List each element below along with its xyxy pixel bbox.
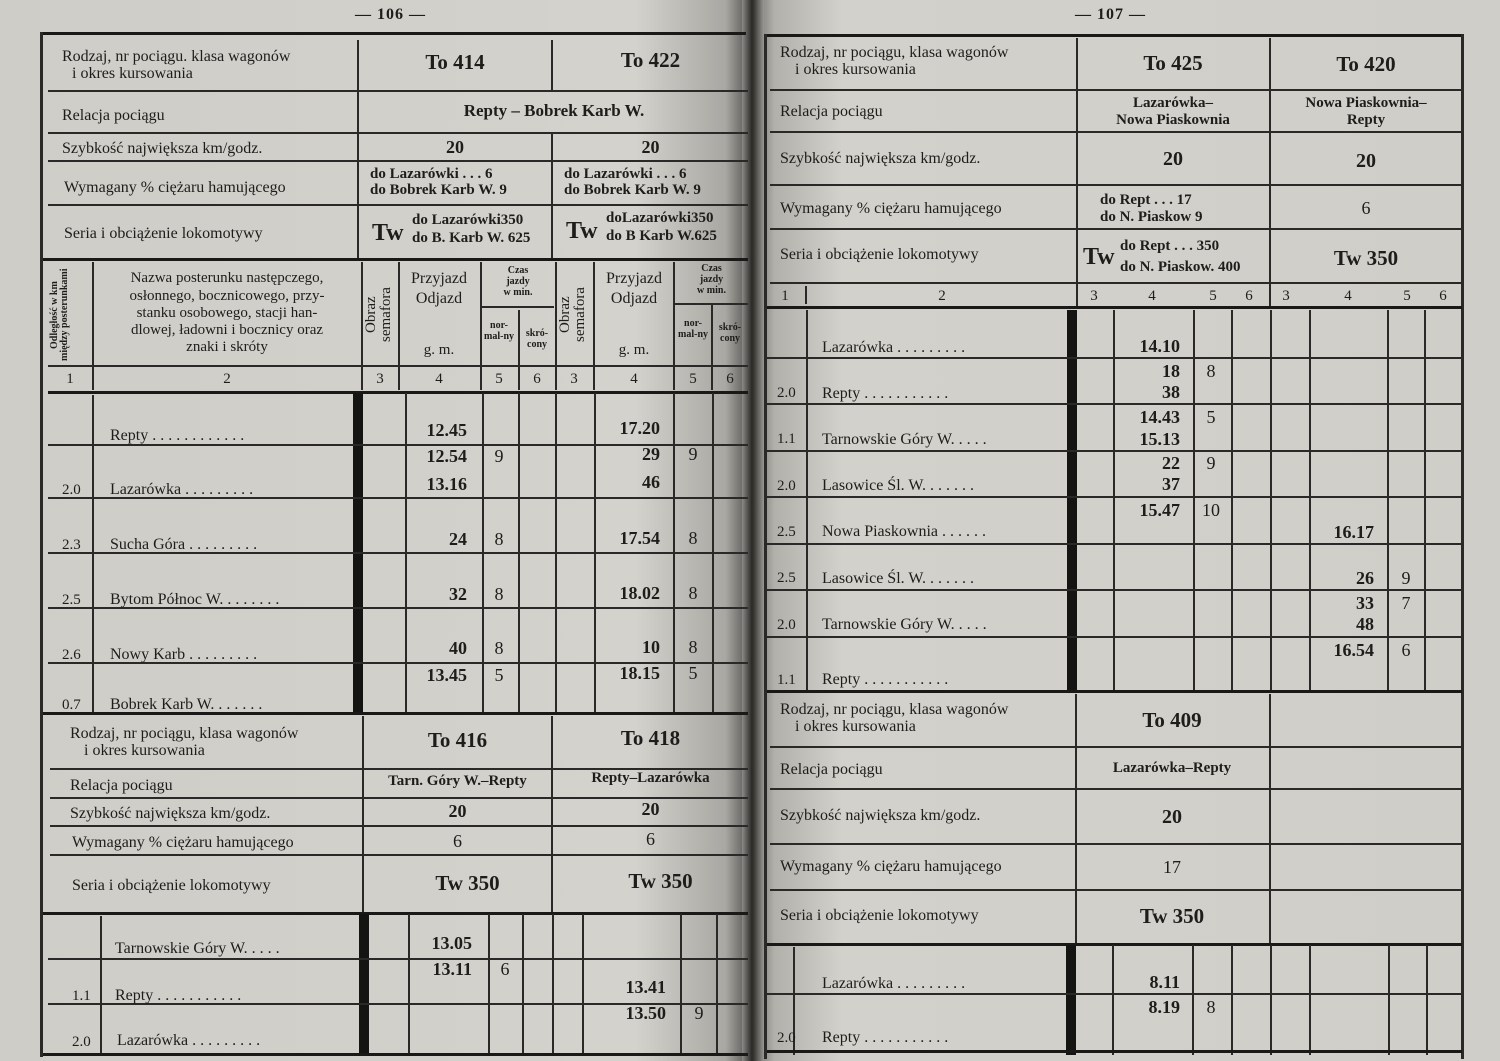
- km-r-nowa-piaskownia: 2.5: [777, 524, 796, 541]
- km-bytom: 2.5: [62, 592, 81, 609]
- min-425-r1: 8: [1200, 361, 1222, 382]
- time-416-r0-b: 13.11: [410, 959, 472, 980]
- train-name-414: To 414: [360, 50, 550, 75]
- time-422-r0-a: 17.20: [598, 418, 660, 439]
- brake-422-1: do Lazarówki . . . 6: [564, 166, 687, 183]
- speed-409: 20: [1077, 806, 1267, 829]
- loco-414-2: do B. Karb W. 625: [412, 230, 530, 247]
- time-425-r1-a: 18: [1118, 361, 1180, 382]
- km-sucha-gora: 2.3: [62, 537, 81, 554]
- loco-425-2: do N. Piaskow. 400: [1120, 259, 1240, 276]
- brake-414-2: do Bobrek Karb W. 9: [370, 182, 507, 199]
- min-422-r4-b: 5: [682, 663, 704, 684]
- min-422-r0: 9: [682, 444, 704, 465]
- speed-418: 20: [553, 799, 748, 820]
- min-422-r2: 8: [682, 528, 704, 549]
- colhead-semaphore: Obraz semafora: [364, 268, 396, 362]
- train-name-425: To 425: [1078, 51, 1268, 76]
- label-train-type-rb2: i okres kursowania: [795, 718, 916, 735]
- label-loco-r: Seria i obciążenie lokomotywy: [780, 246, 979, 263]
- label-relation-b: Relacja pociągu: [70, 777, 173, 794]
- colnum-r1: 1: [778, 288, 792, 305]
- train-name-409: To 409: [1077, 708, 1267, 733]
- time-422-r1: 46: [598, 472, 660, 493]
- station-r-tarnowskie-2: Tarnowskie Góry W. . . . .: [822, 616, 987, 634]
- colnum-2: 2: [96, 371, 358, 388]
- label-train-type-rb: Rodzaj, nr pociągu, klasa wagonów: [780, 701, 1008, 718]
- colnum-3: 3: [364, 371, 396, 388]
- colhead-time-2b: jazdy: [675, 274, 748, 285]
- time-414-r4-b: 13.45: [405, 665, 467, 686]
- km-r-repty-2: 1.1: [777, 672, 796, 689]
- relation-420-2: Repty: [1271, 112, 1461, 129]
- colhead-distance: Odległość w km między posterunkami: [50, 266, 88, 364]
- colhead-normal: nor-mal-ny: [482, 320, 516, 342]
- time-414-r0-b: 12.54: [405, 446, 467, 467]
- station-r-lasowice-2: Lasowice Śl. W. . . . . . .: [822, 570, 974, 588]
- colnum-5: 5: [482, 371, 516, 388]
- colhead-station-3: stanku osobowego, stacji han-: [96, 305, 358, 322]
- relation-409: Lazarówka–Repty: [1077, 760, 1267, 777]
- colnum-5b: 5: [675, 371, 711, 388]
- loco-416: Tw 350: [365, 871, 570, 896]
- station-r-lasowice: Lasowice Śl. W. . . . . . .: [822, 477, 974, 495]
- time-422-r4-a: 10: [598, 637, 660, 658]
- relation-425-2: Nowa Piaskownia: [1078, 112, 1268, 129]
- time-425-r2-a: 14.43: [1118, 407, 1180, 428]
- min-418-r1: 9: [688, 1003, 710, 1024]
- label-relation: Relacja pociągu: [62, 107, 165, 124]
- label-relation-r: Relacja pociągu: [780, 103, 883, 120]
- station-bytom: Bytom Północ W. . . . . . . .: [110, 591, 279, 609]
- colhead-time-1b: Czas: [675, 263, 748, 274]
- time-416-r0-a: 13.05: [410, 933, 472, 954]
- station-r-nowa-piaskownia: Nowa Piaskownia . . . . . .: [822, 523, 986, 541]
- colhead-dep: Odjazd: [400, 290, 478, 307]
- colhead-gm: g. m.: [400, 342, 478, 359]
- label-max-speed-r: Szybkość największa km/godz.: [780, 150, 980, 167]
- colnum-6b: 6: [713, 371, 747, 388]
- label-max-speed-rb: Szybkość największa km/godz.: [780, 807, 980, 824]
- train-name-422: To 422: [553, 48, 748, 73]
- time-425-r0: 14.10: [1118, 336, 1180, 357]
- colhead-station-1: Nazwa posterunku następczego,: [96, 270, 358, 287]
- relation-425-1: Lazarówka–: [1078, 95, 1268, 112]
- label-train-type: Rodzaj, nr pociągu. klasa wagonów: [62, 48, 290, 65]
- colnum-r5: 5: [1200, 288, 1226, 305]
- time-422-r3: 18.02: [598, 583, 660, 604]
- station-lazarowka: Lazarówka . . . . . . . . .: [110, 481, 253, 499]
- colhead-short: skró-cony: [520, 328, 554, 350]
- brake-422-2: do Bobrek Karb W. 9: [564, 182, 701, 199]
- brake-418: 6: [553, 829, 748, 850]
- colnum-r6: 6: [1236, 288, 1262, 305]
- min-414-r0: 9: [488, 446, 510, 467]
- relation-416: Tarn. Góry W.–Repty: [365, 773, 550, 790]
- colnum-r3b: 3: [1276, 288, 1296, 305]
- time-422-r0-b: 29: [598, 444, 660, 465]
- colhead-semaphore-2: Obraz semafora: [558, 268, 590, 362]
- colhead-station-5: znaki i skróty: [96, 339, 358, 356]
- time-414-r2: 24: [405, 529, 467, 550]
- label-loco-rb: Seria i obciążenie lokomotywy: [780, 907, 979, 924]
- min-422-r4-a: 8: [682, 637, 704, 658]
- train-name-416: To 416: [365, 728, 550, 753]
- label-loco-b: Seria i obciążenie lokomotywy: [72, 877, 271, 894]
- time-425-r3-b: 37: [1118, 474, 1180, 495]
- train-name-420: To 420: [1271, 52, 1461, 77]
- loco-420: Tw 350: [1271, 246, 1461, 271]
- time-418-r1-b: 13.50: [600, 1003, 666, 1024]
- colnum-4b: 4: [595, 371, 673, 388]
- colnum-6: 6: [520, 371, 554, 388]
- min-422-r3: 8: [682, 583, 704, 604]
- brake-409: 17: [1077, 857, 1267, 878]
- time-422-r4-b: 18.15: [598, 663, 660, 684]
- colhead-arr: Przyjazd: [400, 270, 478, 287]
- colhead-arr-2: Przyjazd: [595, 270, 673, 287]
- time-425-r3-a: 22: [1118, 453, 1180, 474]
- colhead-gm-2: g. m.: [595, 342, 673, 359]
- colnum-r4: 4: [1110, 288, 1194, 305]
- colhead-normal-2: nor-mal-ny: [675, 318, 711, 340]
- label-train-type-r: Rodzaj, nr pociągu, klasa wagonów: [780, 44, 1008, 61]
- brake-420: 6: [1271, 198, 1461, 219]
- loco-422-1: doLazarówki350: [606, 210, 714, 227]
- colhead-dep-2: Odjazd: [595, 290, 673, 307]
- km-lazarowka-b: 2.0: [72, 1034, 91, 1051]
- speed-425: 20: [1078, 148, 1268, 171]
- brake-425-2: do N. Piaskow 9: [1100, 209, 1203, 226]
- label-max-speed-b: Szybkość największa km/godz.: [70, 805, 270, 822]
- colhead-short-2: skró-cony: [713, 322, 747, 344]
- brake-425-1: do Rept . . . 17: [1100, 192, 1192, 209]
- station-rb-lazarowka: Lazarówka . . . . . . . . .: [822, 975, 965, 993]
- station-repty-b: Repty . . . . . . . . . . .: [115, 987, 241, 1005]
- label-brake-r: Wymagany % ciężaru hamującego: [780, 200, 1002, 217]
- km-nowy-karb: 2.6: [62, 647, 81, 664]
- relation-418: Repty–Lazarówka: [553, 770, 748, 787]
- time-420-r7: 16.54: [1312, 640, 1374, 661]
- time-409-r0-a: 8.11: [1118, 972, 1180, 993]
- km-r-lasowice: 2.0: [777, 478, 796, 495]
- relation-value: Repty – Bobrek Karb W.: [360, 101, 748, 121]
- station-r-tarnowskie: Tarnowskie Góry W. . . . .: [822, 431, 987, 449]
- colhead-station-2: osłonnego, bocznicowego, przy-: [96, 288, 358, 305]
- colhead-time-1: Czas: [482, 265, 554, 276]
- time-420-r4: 16.17: [1312, 522, 1374, 543]
- loco-409: Tw 350: [1077, 904, 1267, 929]
- min-425-r2: 5: [1200, 407, 1222, 428]
- min-414-r2: 8: [488, 529, 510, 550]
- min-425-r4: 10: [1198, 500, 1224, 521]
- loco-prefix-422: Tw: [566, 218, 598, 245]
- km-r-repty: 2.0: [777, 385, 796, 402]
- station-lazarowka-b: Lazarówka . . . . . . . . .: [117, 1032, 260, 1050]
- station-r-repty-2: Repty . . . . . . . . . . .: [822, 671, 948, 689]
- station-tarnowskie-b: Tarnowskie Góry W. . . . .: [115, 940, 280, 958]
- km-rb-repty: 2.0: [777, 1030, 796, 1047]
- colnum-r5b: 5: [1394, 288, 1420, 305]
- colnum-1: 1: [50, 371, 90, 388]
- label-max-speed: Szybkość największa km/godz.: [62, 140, 262, 157]
- time-420-r6-a: 33: [1312, 593, 1374, 614]
- label-train-type-r2: i okres kursowania: [795, 61, 916, 78]
- label-loco: Seria i obciążenie lokomotywy: [64, 225, 263, 242]
- train-name-418: To 418: [553, 726, 748, 751]
- loco-418: Tw 350: [553, 869, 768, 894]
- speed-416: 20: [365, 801, 550, 822]
- label-brake-b: Wymagany % ciężaru hamującego: [72, 834, 294, 851]
- time-418-r1-a: 13.41: [600, 977, 666, 998]
- station-r-lazarowka: Lazarówka . . . . . . . . .: [822, 339, 965, 357]
- min-416-r0: 6: [494, 959, 516, 980]
- colnum-r6b: 6: [1430, 288, 1456, 305]
- colhead-time-3: w min.: [482, 287, 554, 298]
- speed-422: 20: [553, 137, 748, 158]
- time-414-r0-a: 12.45: [405, 420, 467, 441]
- colhead-time-2: jazdy: [482, 276, 554, 287]
- loco-422-2: do B Karb W.625: [606, 228, 717, 245]
- km-repty-b: 1.1: [72, 988, 91, 1005]
- label-brake-rb: Wymagany % ciężaru hamującego: [780, 858, 1002, 875]
- time-414-r1: 13.16: [405, 474, 467, 495]
- colhead-station-4: dlowej, ładowni i bocznicy oraz: [96, 322, 358, 339]
- min-414-r3: 8: [488, 584, 510, 605]
- km-r-lasowice-2: 2.5: [777, 570, 796, 587]
- time-420-r5: 26: [1312, 568, 1374, 589]
- km-lazarowka: 2.0: [62, 482, 81, 499]
- min-420-r6: 7: [1395, 593, 1417, 614]
- km-r-tarnowskie-2: 2.0: [777, 617, 796, 634]
- time-414-r3: 32: [405, 584, 467, 605]
- brake-414-1: do Lazarówki . . . 6: [370, 166, 493, 183]
- station-rb-repty: Repty . . . . . . . . . . .: [822, 1029, 948, 1047]
- min-414-r4-a: 8: [488, 638, 510, 659]
- loco-414-1: do Lazarówki350: [412, 212, 523, 229]
- speed-414: 20: [360, 137, 550, 158]
- colnum-r3: 3: [1084, 288, 1104, 305]
- page-number-right: — 107 —: [1075, 6, 1146, 24]
- time-425-r4: 15.47: [1118, 500, 1180, 521]
- station-repty: Repty . . . . . . . . . . . .: [110, 427, 244, 445]
- loco-prefix-414: Tw: [372, 220, 404, 247]
- colnum-r4b: 4: [1306, 288, 1390, 305]
- label-brake: Wymagany % ciężaru hamującego: [64, 179, 286, 196]
- min-425-r3: 9: [1200, 453, 1222, 474]
- time-425-r1-b: 38: [1118, 382, 1180, 403]
- colnum-r2: 2: [810, 288, 1074, 305]
- time-409-r0-b: 8.19: [1118, 997, 1180, 1018]
- min-409-r0: 8: [1200, 997, 1222, 1018]
- label-train-type-2: i okres kursowania: [72, 65, 193, 82]
- station-nowy-karb: Nowy Karb . . . . . . . . .: [110, 646, 257, 664]
- colnum-3b: 3: [558, 371, 590, 388]
- colhead-time-3b: w min.: [675, 285, 748, 296]
- brake-416: 6: [365, 831, 550, 852]
- label-train-type-b: Rodzaj, nr pociągu, klasa wagonów: [70, 725, 298, 742]
- colnum-4: 4: [400, 371, 478, 388]
- page-number-left: — 106 —: [355, 6, 426, 24]
- km-r-tarnowskie: 1.1: [777, 431, 796, 448]
- time-425-r2-b: 15.13: [1118, 429, 1180, 450]
- label-relation-rb: Relacja pociągu: [780, 761, 883, 778]
- min-414-r4-b: 5: [488, 665, 510, 686]
- time-414-r4-a: 40: [405, 638, 467, 659]
- station-r-repty: Repty . . . . . . . . . . .: [822, 385, 948, 403]
- label-train-type-b2: i okres kursowania: [84, 742, 205, 759]
- speed-420: 20: [1271, 150, 1461, 173]
- time-422-r2: 17.54: [598, 528, 660, 549]
- loco-prefix-425: Tw: [1083, 244, 1115, 271]
- min-420-r5: 9: [1395, 568, 1417, 589]
- loco-425-1: do Rept . . . 350: [1120, 238, 1219, 255]
- relation-420-1: Nowa Piaskownia–: [1271, 95, 1461, 112]
- min-420-r7: 6: [1395, 640, 1417, 661]
- time-420-r6-b: 48: [1312, 614, 1374, 635]
- station-sucha-gora: Sucha Góra . . . . . . . . .: [110, 536, 257, 554]
